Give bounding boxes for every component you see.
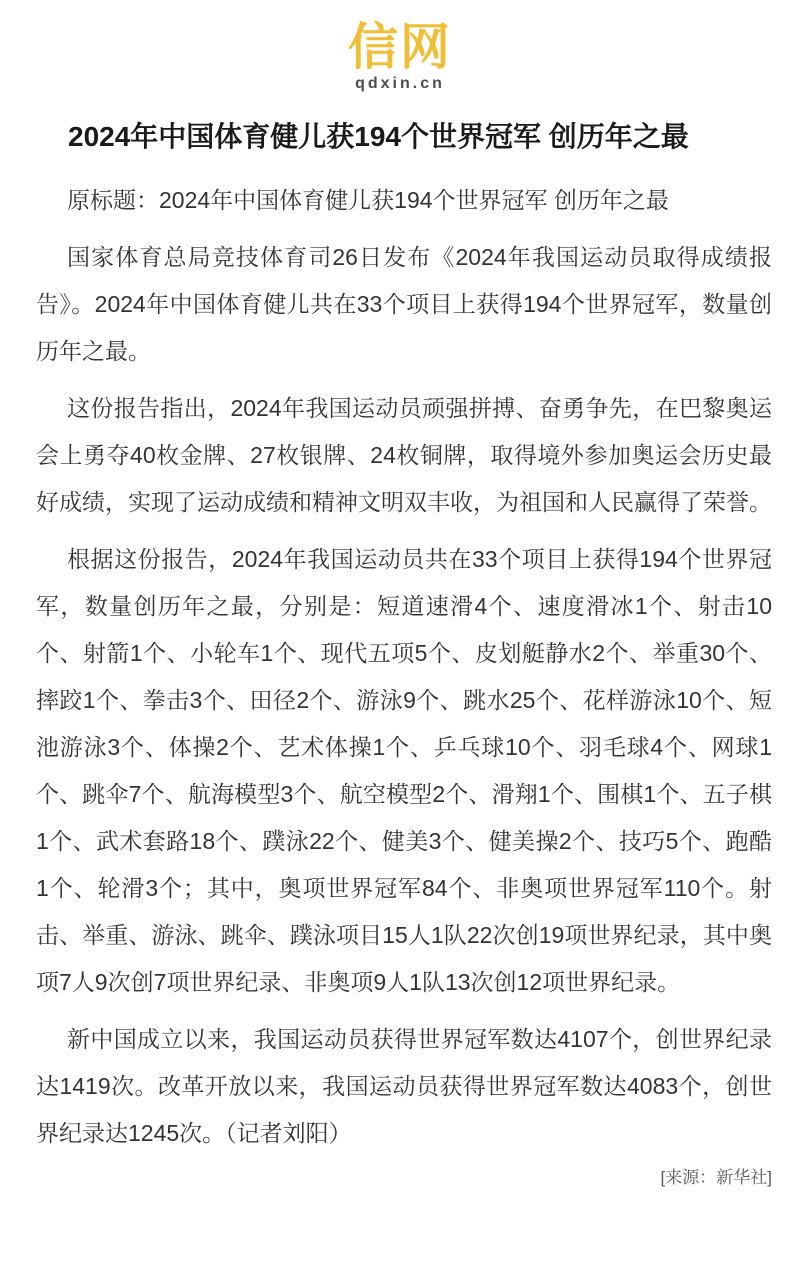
site-logo-domain: qdxin.cn: [348, 75, 452, 93]
original-title-line: 原标题：2024年中国体育健儿获194个世界冠军 创历年之最: [36, 177, 772, 224]
article-paragraph: 根据这份报告，2024年我国运动员共在33个项目上获得194个世界冠军，数量创历…: [36, 536, 772, 1006]
article-body: 原标题：2024年中国体育健儿获194个世界冠军 创历年之最 国家体育总局竞技体…: [0, 177, 800, 1189]
site-logo[interactable]: 信网 qdxin.cn: [348, 22, 452, 93]
article: 2024年中国体育健儿获194个世界冠军 创历年之最 原标题：2024年中国体育…: [0, 120, 800, 1189]
site-logo-wordmark: 信网: [348, 22, 452, 72]
site-header: 信网 qdxin.cn: [0, 0, 800, 93]
article-paragraph: 新中国成立以来，我国运动员获得世界冠军数达4107个，创世界纪录达1419次。改…: [36, 1016, 772, 1157]
article-title: 2024年中国体育健儿获194个世界冠军 创历年之最: [68, 120, 772, 154]
article-page: 信网 qdxin.cn 2024年中国体育健儿获194个世界冠军 创历年之最 原…: [0, 0, 800, 1271]
article-source: [来源：新华社]: [36, 1167, 772, 1189]
article-paragraph: 国家体育总局竞技体育司26日发布《2024年我国运动员取得成绩报告》。2024年…: [36, 234, 772, 375]
article-paragraph: 这份报告指出，2024年我国运动员顽强拼搏、奋勇争先，在巴黎奥运会上勇夺40枚金…: [36, 385, 772, 526]
